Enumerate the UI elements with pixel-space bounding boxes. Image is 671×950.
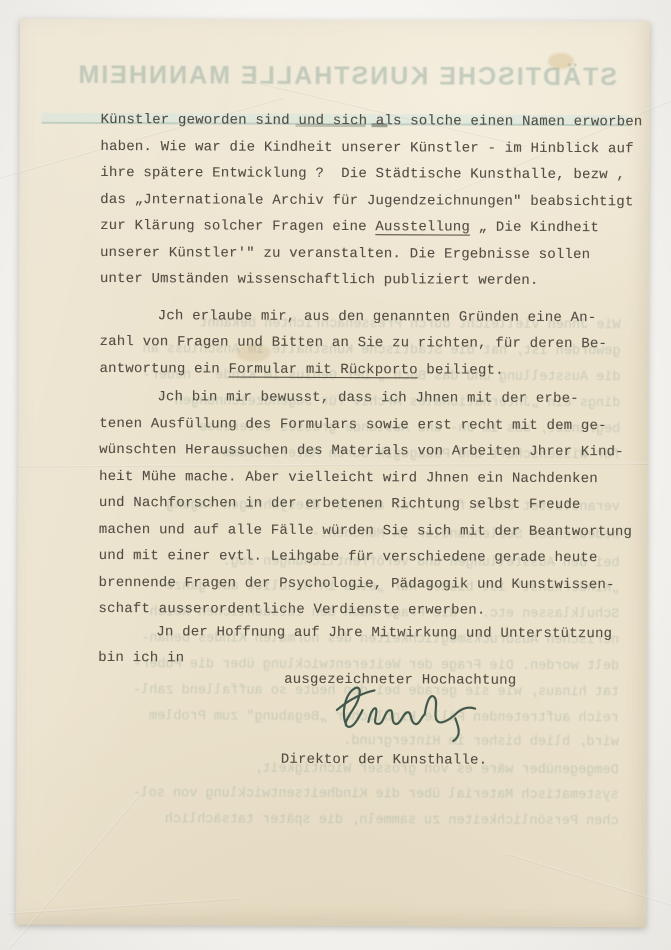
letter-line: unter Umständen wissenschaftlich publizi… [100,266,645,295]
paragraph: Künstler geworden sind und sich als solc… [100,107,646,295]
letter-line: machen und auf alle Fälle würden Sie sic… [99,516,644,545]
letter-line: Künstler geworden sind und sich als solc… [100,107,645,136]
letter-paper-sheet: STÄDTISCHE KUNSTHALLE MANNHEIM Wie Jhnen… [16,19,650,928]
fold-crease [9,795,140,949]
letter-line: Jch erlaube mir, aus den genannten Gründ… [100,302,645,331]
letter-line: wünschten Heraussuchen des Materials von… [99,437,644,466]
letter-line: das „Jnternationale Archiv für Jugendzei… [100,186,645,215]
bleed-through-line: chen Persönlichkeiten zu sammeln, die sp… [78,810,618,832]
letter-line: und Nachforschen in der erbetenen Richtu… [99,490,644,519]
letter-line: brennende Fragen der Psychologie, Pädago… [98,569,643,598]
letter-line: zahl von Fragen und Bitten an Sie zu ric… [100,329,645,358]
letter-line: unserer Künstler'" zu veranstalten. Die … [100,239,645,268]
letter-line: ihre spätere Entwicklung ? Die Städtisch… [100,160,645,189]
fold-crease [8,898,238,915]
letter-line: zur Klärung solcher Fragen eine Ausstell… [100,213,645,242]
letter-line: Jn der Hoffnung auf Jhre Mitwirkung und … [98,618,643,647]
signature-title: Direktor der Kunsthalle. [98,746,643,775]
letterhead-bleed-through-title: STÄDTISCHE KUNSTHALLE MANNHEIM [32,61,662,93]
paragraph: Jch bin mir bewusst, dass ich Jhnen mit … [98,384,644,625]
letter-line: und mit einer evtl. Leihgabe für verschi… [99,543,644,572]
letter-line: tenen Ausfüllung des Formulars sowie ers… [99,410,644,439]
letter-paragraphs: Künstler geworden sind und sich als solc… [98,107,645,674]
paragraph: Jch erlaube mir, aus den genannten Gründ… [99,302,644,384]
letter-line: antwortung ein Formular mit Rückporto be… [99,355,644,384]
scanned-letter-photo: { "colors": { "background": "#f3f2ef", "… [0,0,671,950]
letter-line: Jch bin mir bewusst, dass ich Jhnen mit … [99,384,644,413]
fold-crease [508,853,671,907]
bleed-through-line: systematisch Material über die Kindheits… [79,784,619,806]
handwritten-signature [329,665,487,748]
letter-line: heit Mühe mache. Aber vielleicht wird Jh… [99,463,644,492]
letter-line: haben. Wie war die Kindheit unserer Küns… [100,133,645,162]
